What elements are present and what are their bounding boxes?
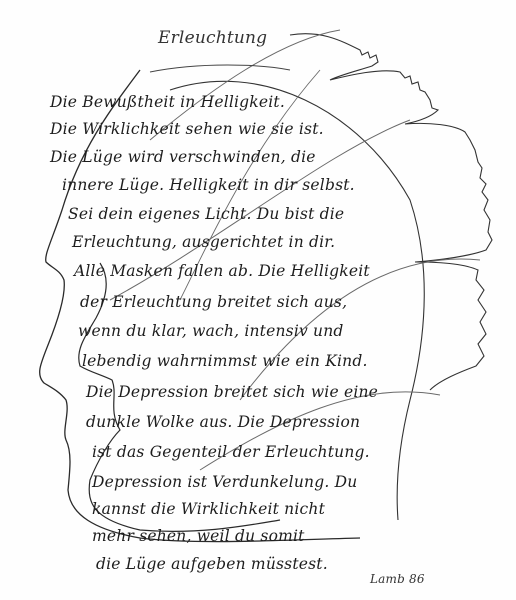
manuscript-line: mehr sehen, weil du somit <box>92 527 305 545</box>
signature: Lamb 86 <box>370 572 425 586</box>
manuscript-line: kannst die Wirklichkeit nicht <box>92 500 325 518</box>
manuscript-line: Sei dein eigenes Licht. Du bist die <box>68 205 344 223</box>
manuscript-title: Erleuchtung <box>158 28 267 48</box>
title-underline <box>150 65 290 72</box>
manuscript-line: ist das Gegenteil der Erleuchtung. <box>92 443 370 461</box>
manuscript-line: die Lüge aufgeben müsstest. <box>96 555 328 573</box>
manuscript-page: Erleuchtung Die Bewußtheit in Helligkeit… <box>0 0 516 600</box>
manuscript-line: dunkle Wolke aus. Die Depression <box>86 413 360 431</box>
manuscript-line: Die Lüge wird verschwinden, die <box>50 148 316 166</box>
manuscript-line: Depression ist Verdunkelung. Du <box>92 473 357 491</box>
manuscript-line: wenn du klar, wach, intensiv und <box>78 322 344 340</box>
manuscript-line: lebendig wahrnimmst wie ein Kind. <box>82 352 368 370</box>
manuscript-line: Die Wirklichkeit sehen wie sie ist. <box>50 120 324 138</box>
manuscript-line: Die Depression breitet sich wie eine <box>86 383 378 401</box>
manuscript-line: Erleuchtung, ausgerichtet in dir. <box>72 233 335 251</box>
manuscript-line: innere Lüge. Helligkeit in dir selbst. <box>62 176 355 194</box>
manuscript-line: Die Bewußtheit in Helligkeit. <box>50 93 285 111</box>
manuscript-line: der Erleuchtung breitet sich aus, <box>80 293 347 311</box>
manuscript-line: Alle Masken fallen ab. Die Helligkeit <box>74 262 370 280</box>
